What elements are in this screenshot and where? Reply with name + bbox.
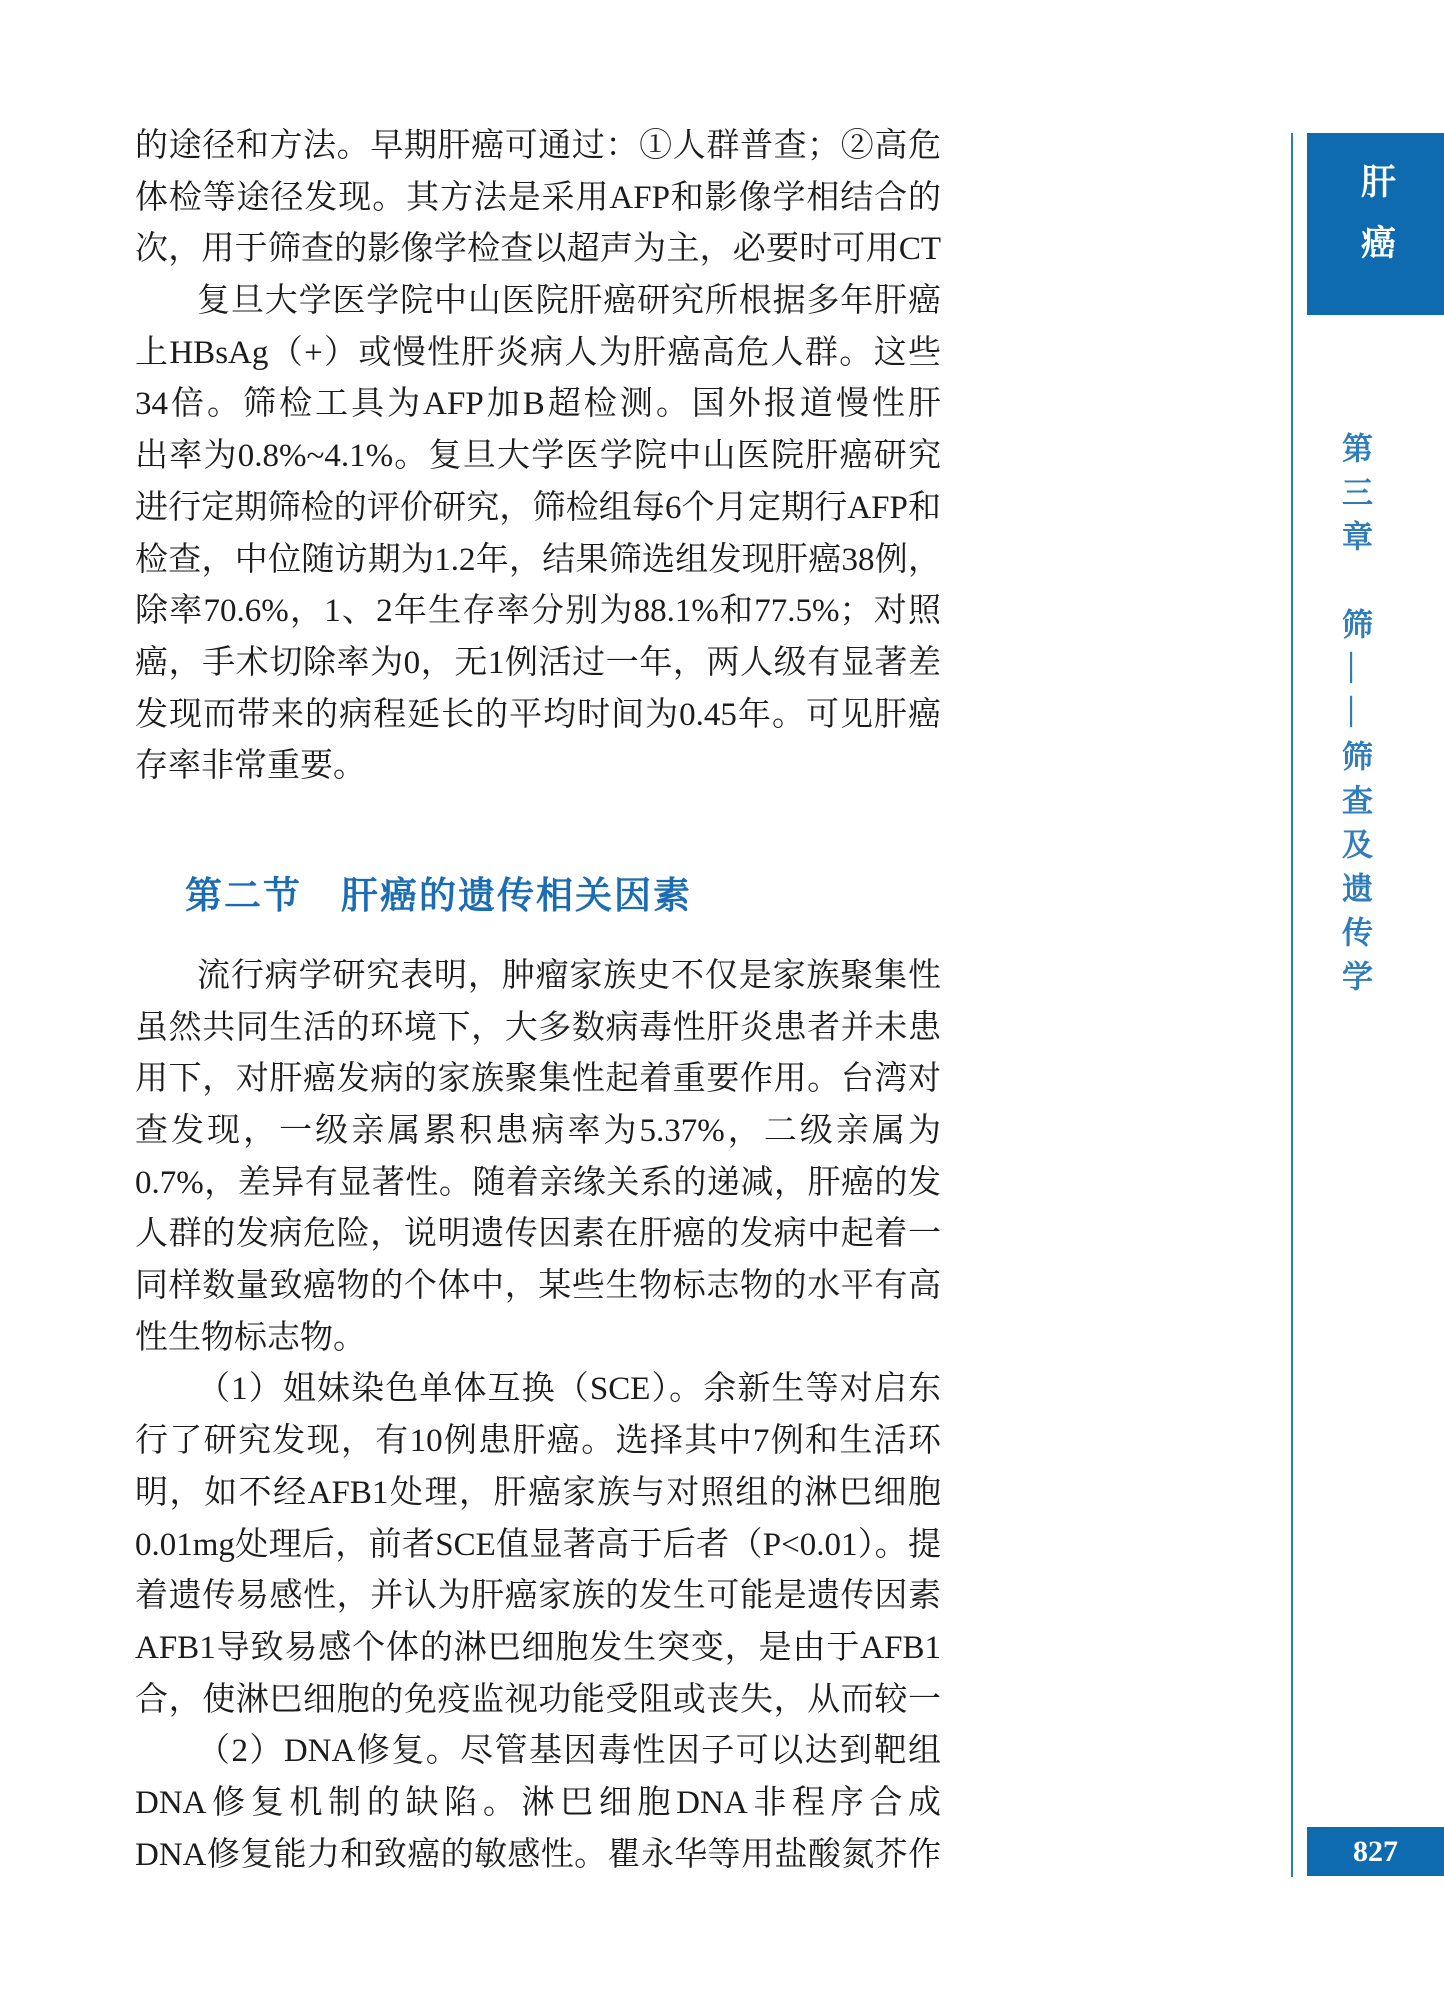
body-text-line: 虽然共同生活的环境下，大多数病毒性肝炎患者并未患肝癌，但在遗传易感性的作 bbox=[135, 1003, 941, 1055]
body-text-line: 0.01mg处理后，前者SCE值显著高于后者（P<0.01）。提示肝癌高发家族对… bbox=[135, 1520, 941, 1572]
body-text-line: DNA修复机制的缺陷。淋巴细胞DNA非程序合成（UDS）已被广泛用来估价人体 bbox=[135, 1778, 941, 1830]
body-text-line: 明，如不经AFB1处理，肝癌家族与对照组的淋巴细胞SCE值无显著差异；经AFB1 bbox=[135, 1468, 941, 1520]
body-text-line: 同样数量致癌物的个体中，某些生物标志物的水平有高度差异，其中包括遗传易感 bbox=[135, 1261, 941, 1313]
page-number-badge: 827 bbox=[1307, 1827, 1444, 1876]
body-text-line: 流行病学研究表明，肿瘤家族史不仅是家族聚集性也是遗传易感性的一种表现。 bbox=[135, 951, 941, 1003]
body-text-line: 次，用于筛查的影像学检查以超声为主，必要时可用CT或磁共振。 bbox=[135, 224, 941, 276]
body-text-line: 人群的发病危险，说明遗传因素在肝癌的发病中起着一定的作用。研究表明，接触 bbox=[135, 1209, 941, 1261]
body-text-line: 查发现，一级亲属累积患病率为5.37%，二级亲属为2.61%，而对照无肝癌家庭为 bbox=[135, 1106, 941, 1158]
body-text-line: DNA修复能力和致癌的敏感性。瞿永华等用盐酸氮芥作为诱导剂测定了启东肝癌患 bbox=[135, 1830, 941, 1882]
body-text-line: 检查，中位随访期为1.2年，结果筛选组发现肝癌38例，早期肝癌占76.3%，手术… bbox=[135, 535, 941, 587]
body-text-line: 复旦大学医学院中山医院肝癌研究所根据多年肝癌筛选的经验，提出以35岁以 bbox=[135, 276, 941, 328]
book-page: 的途径和方法。早期肝癌可通过：①人群普查；②高危人群的筛查与随访；③健康体检等途… bbox=[0, 0, 1444, 2010]
chapter-tab: 肝癌 bbox=[1307, 133, 1444, 315]
body-text-line: 发现而带来的病程延长的平均时间为0.45年。可见肝癌的早期诊断对提高肝癌的生 bbox=[135, 690, 941, 742]
body-text-line: 性生物标志物。 bbox=[135, 1313, 941, 1365]
body-text-line: 进行定期筛检的评价研究，筛检组每6个月定期行AFP和B超检测，对照组不作任何 bbox=[135, 483, 941, 535]
body-text-line: 合，使淋巴细胞的免疫监视功能受阻或丧失，从而较一般人容易发生肿瘤。 bbox=[135, 1675, 941, 1727]
body-text-line: 体检等途径发现。其方法是采用AFP和影像学相结合的定期检查，推荐每6个月1 bbox=[135, 173, 941, 225]
body-text-block-top: 的途径和方法。早期肝癌可通过：①人群普查；②高危人群的筛查与随访；③健康体检等途… bbox=[135, 121, 941, 793]
body-text-line: 行了研究发现，有10例患肝癌。选择其中7例和生活环境相同的9名作对照结果表 bbox=[135, 1416, 941, 1468]
body-text-line: （1）姐妹染色单体互换（SCE）。余新生等对启东一个四代109名成员的大家族进 bbox=[135, 1364, 941, 1416]
body-text-line: 用下，对肝癌发病的家族聚集性起着重要作用。台湾对1791个肝癌核心家庭配对调 bbox=[135, 1054, 941, 1106]
body-text-line: 的途径和方法。早期肝癌可通过：①人群普查；②高危人群的筛查与随访；③健康 bbox=[135, 121, 941, 173]
body-text-line: 着遗传易感性，并认为肝癌家族的发生可能是遗传因素与AFB1共同作用的结果。 bbox=[135, 1571, 941, 1623]
body-text-block-bottom: 流行病学研究表明，肿瘤家族史不仅是家族聚集性也是遗传易感性的一种表现。虽然共同生… bbox=[135, 951, 941, 1881]
body-text-line: 出率为0.8%~4.1%。复旦大学医学院中山医院肝癌研究所1992~1994年在… bbox=[135, 431, 941, 483]
body-text-line: 0.7%，差异有显著性。随着亲缘关系的递减，肝癌的发病危险递减，但仍高于一般 bbox=[135, 1158, 941, 1210]
body-text-line: 癌，手术切除率为0，无1例活过一年，两人级有显著差异。研究表明，因筛检早期 bbox=[135, 638, 941, 690]
page-number: 827 bbox=[1353, 1835, 1398, 1869]
body-text-line: 除率70.6%，1、2年生存率分别为88.1%和77.5%；对照组发生肝癌18例… bbox=[135, 586, 941, 638]
body-text-line: 上HBsAg（+）或慢性肝炎病人为肝癌高危人群。这些人群肝癌检出率为自然人群的 bbox=[135, 328, 941, 380]
body-text-line: （2）DNA修复。尽管基因毒性因子可以达到靶组织，但染色体断裂仍依赖于 bbox=[135, 1726, 941, 1778]
body-text-line: 34倍。筛检工具为AFP加B超检测。国外报道慢性肝炎、肝硬化病人中每年肝癌检 bbox=[135, 379, 941, 431]
section-heading: 第二节 肝癌的遗传相关因素 bbox=[185, 873, 941, 921]
sidebar-rule bbox=[1291, 133, 1293, 1877]
body-text-column: 的途径和方法。早期肝癌可通过：①人群普查；②高危人群的筛查与随访；③健康体检等途… bbox=[135, 121, 941, 1881]
chapter-title-vertical: 第三章 筛——筛查及遗传学 bbox=[1332, 432, 1377, 1532]
body-text-line: AFB1导致易感个体的淋巴细胞发生突变，是由于AFB1容易和细胞中DNA上碱基结 bbox=[135, 1623, 941, 1675]
body-text-line: 存率非常重要。 bbox=[135, 741, 941, 793]
chapter-tab-label: 肝癌 bbox=[1351, 163, 1401, 285]
